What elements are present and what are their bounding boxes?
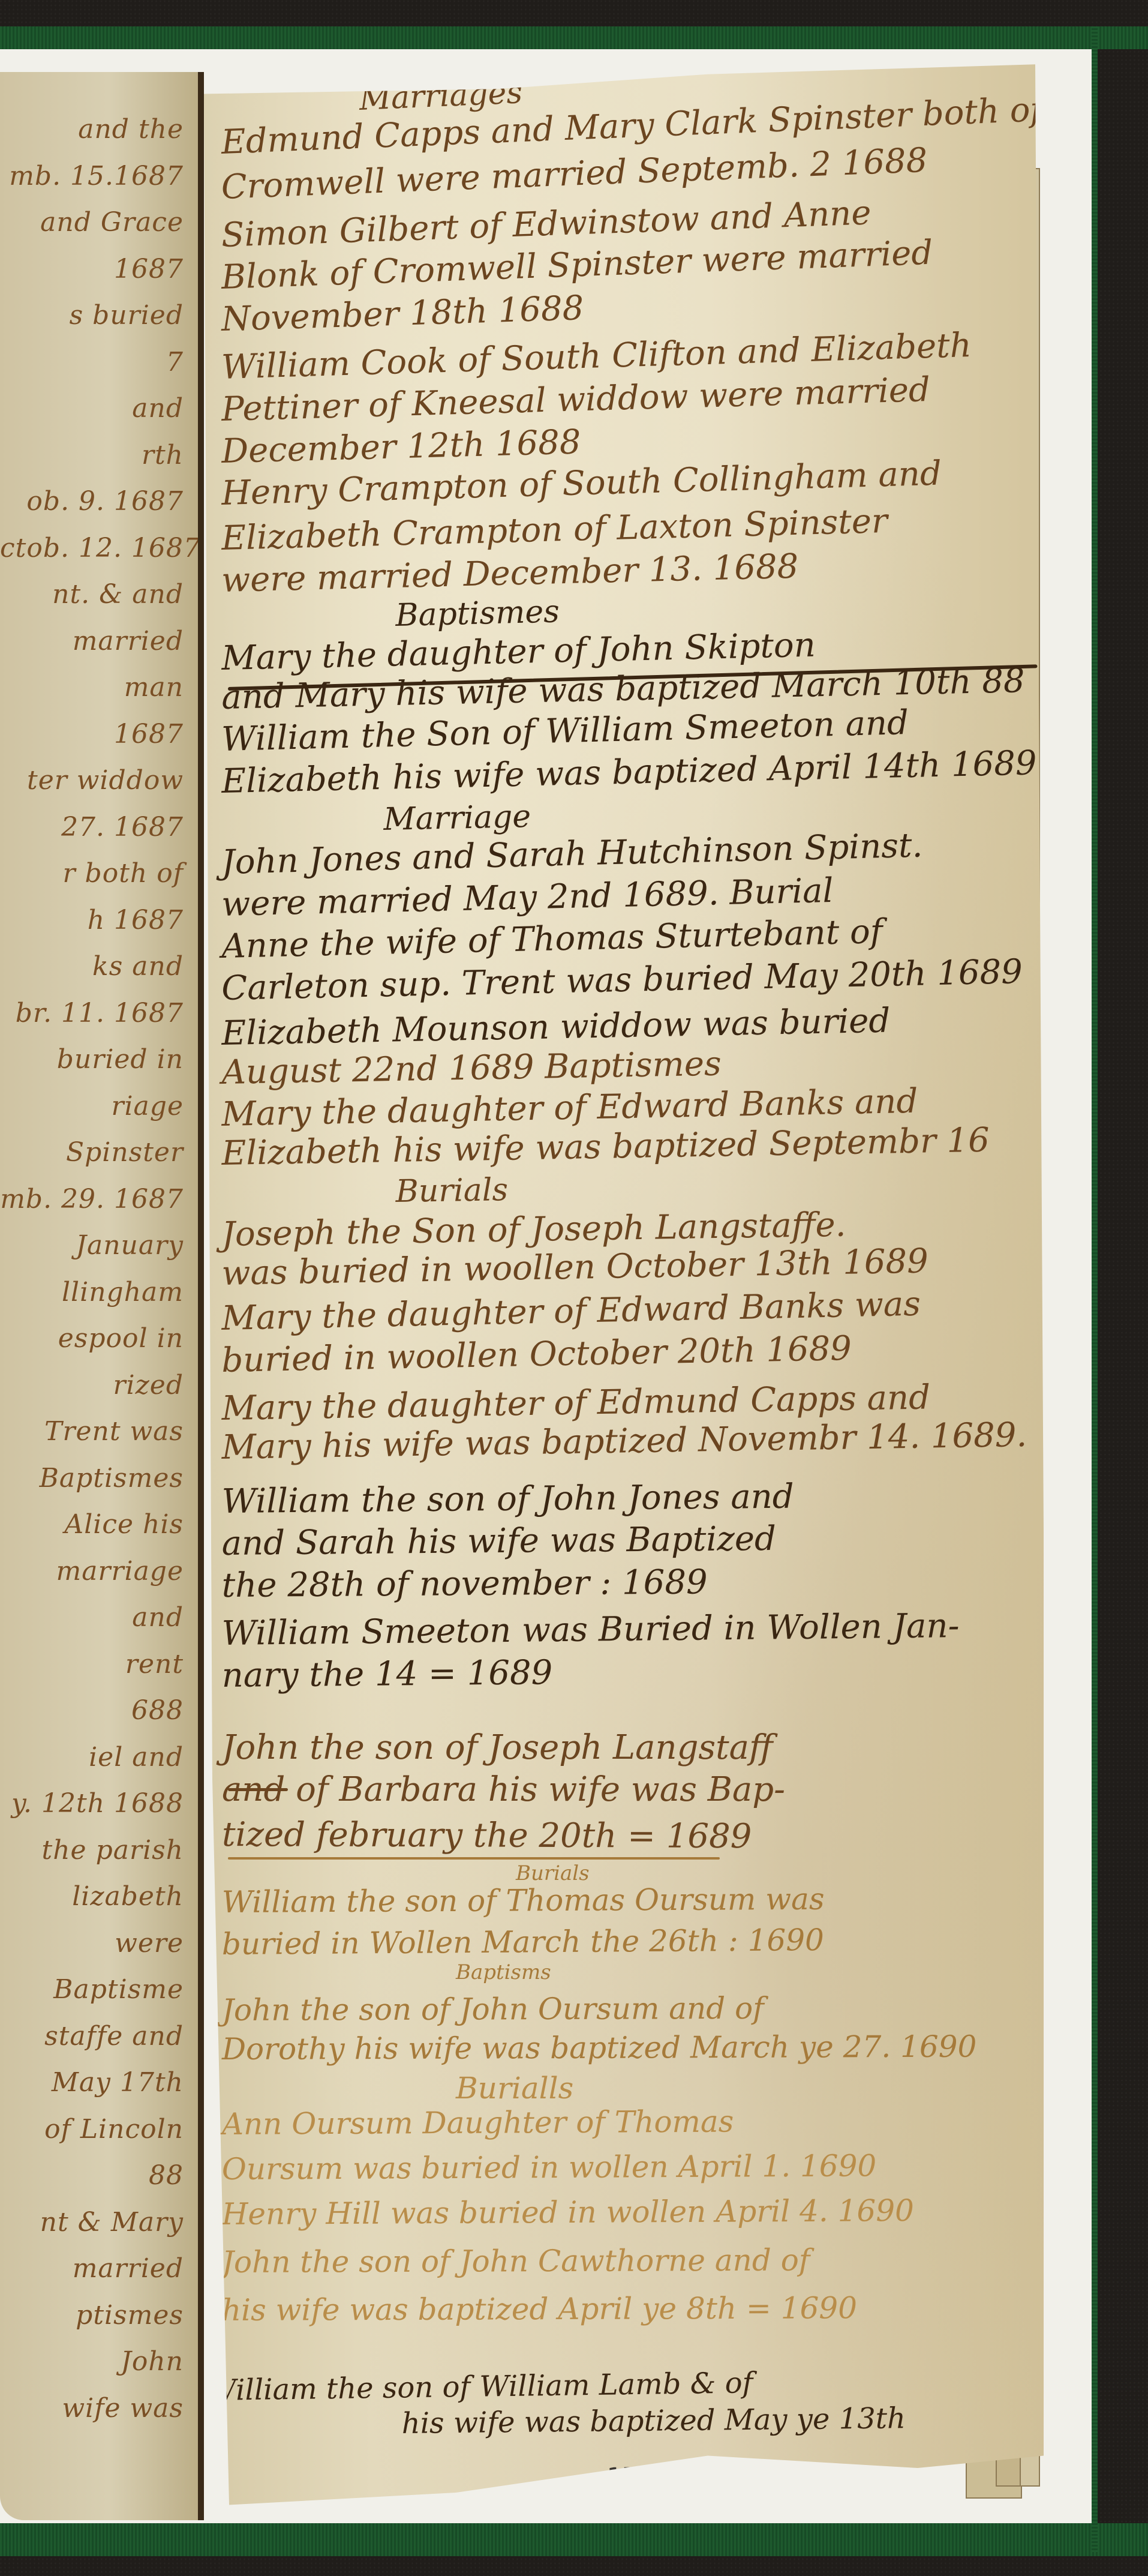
left-page-text-fragment: John bbox=[0, 2346, 192, 2377]
register-entry-line: William the son of William Lamb & of bbox=[206, 2368, 753, 2405]
left-page-text-fragment: January bbox=[0, 1230, 192, 1261]
register-entry-line: and of Barbara his wife was Bap- bbox=[222, 1773, 785, 1807]
left-page-text-fragment: ob. 9. 1687 bbox=[0, 486, 192, 517]
left-page-text-fragment: 1687 bbox=[0, 254, 192, 284]
register-entry-line: were married December 13. 1688 bbox=[221, 550, 799, 598]
binding-strip-top bbox=[0, 26, 1148, 49]
register-entry-line: his wife was baptized May ye 13th bbox=[401, 2404, 906, 2438]
register-entry-line: William Smeeton was Buried in Wollen Jan… bbox=[221, 1609, 959, 1651]
left-page-text-fragment: nt & Mary bbox=[0, 2207, 192, 2238]
left-page-text-fragment: and bbox=[0, 1602, 192, 1633]
register-entry-line: Henry Hill was buried in wollen April 4.… bbox=[222, 2196, 914, 2229]
left-page-text-fragment: r both of bbox=[0, 858, 192, 889]
left-page-text-fragment: ctob. 12. 1687 bbox=[0, 533, 192, 563]
left-page-text-fragment: espool in bbox=[0, 1323, 192, 1354]
left-page-text-fragment: May 17th bbox=[0, 2067, 192, 2098]
left-page: and themb. 15.1687and Grace1687s buried7… bbox=[0, 72, 204, 2520]
register-entry-line: John the son of Joseph Langstaff bbox=[222, 1731, 773, 1765]
left-page-text-fragment: lizabeth bbox=[0, 1881, 192, 1912]
left-page-text-fragment: riage bbox=[0, 1091, 192, 1121]
register-entry-line: buried in woollen October 20th 1689 bbox=[221, 1332, 852, 1378]
left-page-text-fragment: 88 bbox=[0, 2160, 192, 2191]
section-heading: Burialls bbox=[456, 2073, 573, 2103]
left-page-text-fragment: h 1687 bbox=[0, 905, 192, 935]
register-entry-line: tized february the 20th = 1689 bbox=[222, 1818, 752, 1854]
register-entry-line: were married May 2nd 1689. Burial bbox=[221, 874, 834, 922]
left-page-text-fragment: 688 bbox=[0, 1695, 192, 1726]
left-page-text-fragment: married bbox=[0, 2253, 192, 2284]
left-page-text-fragment: man bbox=[0, 672, 192, 703]
section-heading: Marriage bbox=[383, 801, 531, 835]
register-entry-line: Elizabeth Mounson widdow was buried bbox=[221, 1004, 891, 1051]
binding-strip-bottom bbox=[0, 2523, 1148, 2556]
register-entry-line: December 12th 1688 bbox=[221, 425, 582, 469]
section-heading: Burials bbox=[516, 1863, 590, 1884]
left-page-text-fragment: ks and bbox=[0, 951, 192, 982]
section-heading: Baptismes bbox=[395, 596, 560, 631]
left-page-text-fragment: 7 bbox=[0, 347, 192, 377]
left-page-text-fragment: rized bbox=[0, 1370, 192, 1401]
left-page-text-fragment: married bbox=[0, 626, 192, 656]
register-entry-line: Oursum was buried in wollen April 1. 169… bbox=[222, 2151, 877, 2184]
binding-strip-right bbox=[1092, 26, 1098, 2552]
register-entry-line: and Sarah his wife was Baptized bbox=[222, 1522, 777, 1561]
register-entry-line: John the son of John Oursum and of bbox=[222, 1993, 764, 2025]
left-page-text-fragment: mb. 15.1687 bbox=[0, 161, 192, 191]
section-heading: Burials bbox=[395, 1174, 508, 1207]
register-entry-line: Ann Oursum Daughter of Thomas bbox=[222, 2107, 734, 2139]
section-heading: Baptisms bbox=[456, 1962, 551, 1983]
left-page-text-fragment: and bbox=[0, 393, 192, 424]
register-entry-line: the 28th of november : 1689 bbox=[222, 1566, 708, 1603]
left-page-text-fragment: buried in bbox=[0, 1044, 192, 1075]
left-page-text-fragment: and the bbox=[0, 114, 192, 145]
left-page-text-fragment: were bbox=[0, 1928, 192, 1959]
left-page-text-fragment: ter widdow bbox=[0, 765, 192, 796]
left-page-text-fragment: the parish bbox=[0, 1835, 192, 1866]
register-entry-line: William the son of John Jones and bbox=[222, 1480, 794, 1519]
left-page-text-fragment: marriage bbox=[0, 1556, 192, 1587]
left-page-text-fragment: br. 11. 1687 bbox=[0, 998, 192, 1028]
left-page-text-fragment: Spinster bbox=[0, 1137, 192, 1168]
left-page-text-fragment: nt. & and bbox=[0, 579, 192, 610]
register-entry-line: nary the 14 = 1689 bbox=[222, 1656, 553, 1693]
register-entry-line: buried in Wollen March the 26th : 1690 bbox=[222, 1925, 824, 1959]
left-page-text-fragment: ptismes bbox=[0, 2300, 192, 2331]
left-page-text-fragment: rent bbox=[0, 1649, 192, 1680]
left-page-text-fragment: Baptisme bbox=[0, 1974, 192, 2005]
register-entry-line: was buried in woollen October 13th 1689 bbox=[221, 1244, 928, 1291]
register-entry-line: November 18th 1688 bbox=[221, 292, 584, 337]
register-entry-line: William the son of Thomas Oursum was bbox=[222, 1884, 825, 1917]
register-entry-line: Anne the wife of Thomas Sturtebant of bbox=[221, 915, 883, 964]
left-page-text-fragment: s buried bbox=[0, 300, 192, 331]
left-page-text-fragment: Trent was bbox=[0, 1416, 192, 1447]
register-page: MarriagesEdmund Capps and Mary Clark Spi… bbox=[204, 57, 1044, 2517]
register-entry-line: John the son of John Cawthorne and of bbox=[222, 2245, 810, 2277]
left-page-text-fragment: rth bbox=[0, 440, 192, 470]
left-page-text-fragment: and Grace bbox=[0, 207, 192, 238]
left-page-text-fragment: mb. 29. 1687 bbox=[0, 1184, 192, 1214]
left-page-text-fragment: 27. 1687 bbox=[0, 812, 192, 842]
left-page-text-fragment: llingham bbox=[0, 1277, 192, 1308]
entry-separator-line bbox=[228, 1857, 720, 1860]
left-page-text-fragment: Alice his bbox=[0, 1509, 192, 1540]
left-page-text-fragment: wife was bbox=[0, 2393, 192, 2424]
register-entry-line: August 22nd 1689 Baptismes bbox=[221, 1047, 722, 1090]
left-page-text-fragment: Baptismes bbox=[0, 1463, 192, 1494]
left-page-text-fragment: iel and bbox=[0, 1742, 192, 1773]
left-page-text-fragment: 1687 bbox=[0, 719, 192, 749]
left-page-text-fragment: y. 12th 1688 bbox=[0, 1788, 192, 1819]
entry-separator-line bbox=[228, 1788, 288, 1791]
register-entry-line: Dorothy his wife was baptized March ye 2… bbox=[222, 2032, 977, 2064]
left-page-text-fragment: staffe and bbox=[0, 2021, 192, 2052]
left-page-text-fragment: of Lincoln bbox=[0, 2114, 192, 2145]
register-entry-line: his wife was baptized April ye 8th = 169… bbox=[222, 2293, 857, 2325]
register-entry-line: Mary the daughter of Edward Banks was bbox=[221, 1288, 921, 1336]
